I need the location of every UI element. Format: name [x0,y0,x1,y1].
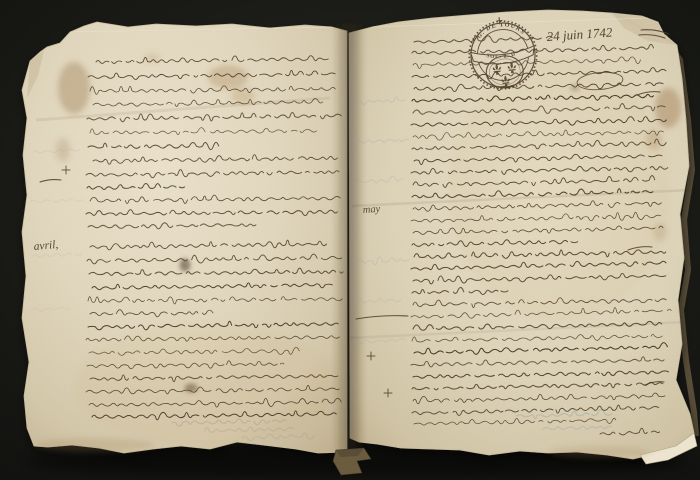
archival-scan: G. DE TOURS SOL. 8. D avril, may 24 juin… [0,0,700,480]
paper-grain [0,0,700,480]
